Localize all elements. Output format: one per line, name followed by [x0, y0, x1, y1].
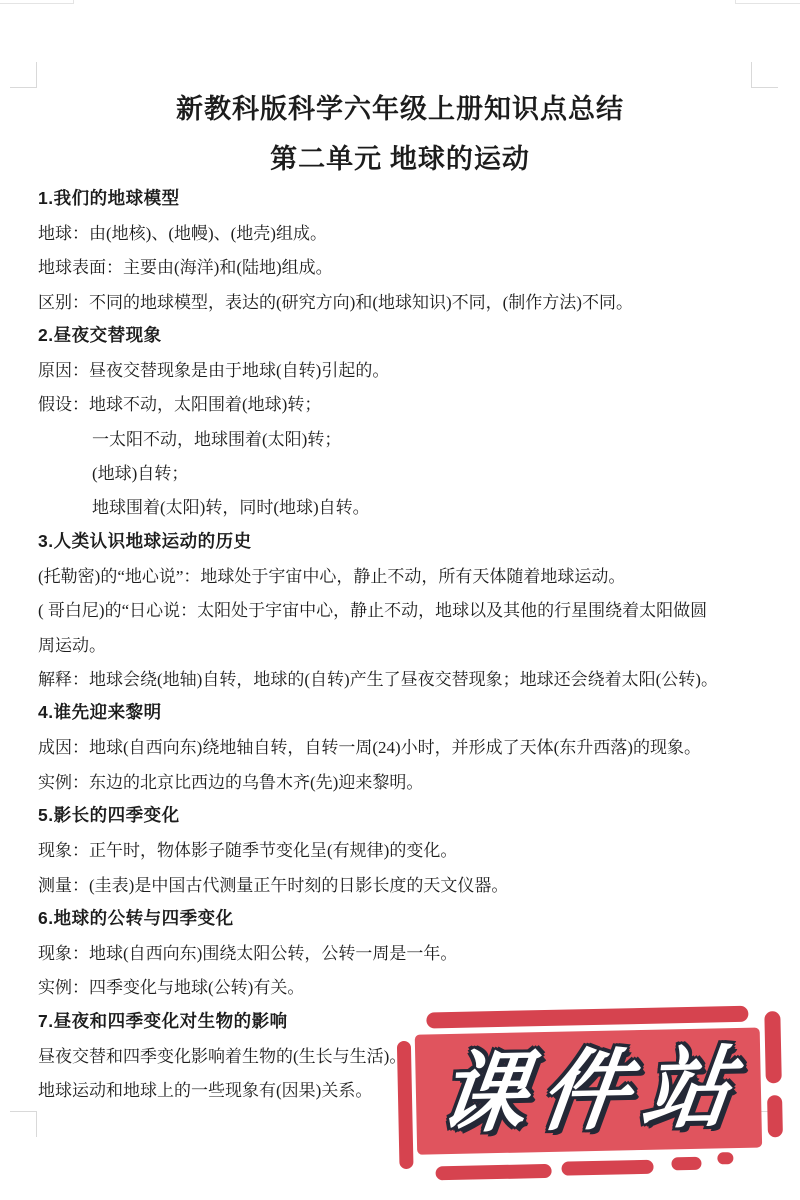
body-line: 实例：四季变化与地球(公转)有关。	[38, 969, 794, 1003]
stamp-border-right	[764, 1011, 782, 1083]
body-line: 地球围着(太阳)转，同时(地球)自转。	[38, 489, 794, 523]
stamp-text: 课件站	[415, 1029, 769, 1152]
body-line: 测量：(圭表)是中国古代测量正午时刻的日影长度的天文仪器。	[38, 866, 794, 900]
stamp-border-left	[397, 1041, 414, 1169]
body-line: 地球表面：主要由(海洋)和(陆地)组成。	[38, 249, 794, 283]
section-heading: 2.昼夜交替现象	[38, 317, 794, 351]
unit-subtitle: 第二单元 地球的运动	[0, 134, 800, 184]
section-heading: 5.影长的四季变化	[38, 797, 794, 831]
stamp-border-bottom	[561, 1160, 653, 1176]
stamp-border-bottom	[435, 1164, 551, 1180]
document-page: 新教科版科学六年级上册知识点总结 第二单元 地球的运动 1.我们的地球模型地球：…	[0, 0, 800, 1200]
body-line: 成因：地球(自西向东)绕地轴自转，自转一周(24)小时，并形成了天体(东升西落)…	[38, 729, 794, 763]
kejianzhan-stamp: 课件站	[396, 999, 792, 1189]
body-line: 实例：东边的北京比西边的乌鲁木齐(先)迎来黎明。	[38, 763, 794, 797]
text-boundary-mark-bottom-left	[36, 1111, 37, 1137]
body-line: (托勒密)的“地心说”：地球处于宇宙中心，静止不动，所有天体随着地球运动。	[38, 557, 794, 591]
body-line: 解释：地球会绕(地轴)自转，地球的(自转)产生了昼夜交替现象；地球还会绕着太阳(…	[38, 660, 794, 694]
text-boundary-mark-bottom-left	[10, 1111, 37, 1112]
section-heading: 3.人类认识地球运动的历史	[38, 523, 794, 557]
section-heading: 1.我们的地球模型	[38, 180, 794, 214]
page-edge-artifact	[735, 0, 736, 4]
body-line: (地球)自转；	[38, 454, 794, 488]
body-line: ( 哥白尼)的“日心说：太阳处于宇宙中心，静止不动，地球以及其他的行星围绕着太阳…	[38, 592, 794, 626]
section-heading: 4.谁先迎来黎明	[38, 694, 794, 728]
body-line: 现象：正午时，物体影子随季节变化呈(有规律)的变化。	[38, 832, 794, 866]
body-line: 周运动。	[38, 626, 794, 660]
body-line: 假设：地球不动，太阳围着(地球)转；	[38, 386, 794, 420]
section-heading: 6.地球的公转与四季变化	[38, 900, 794, 934]
stamp-border-bottom	[671, 1157, 701, 1171]
body-line: 现象：地球(自西向东)围绕太阳公转，公转一周是一年。	[38, 935, 794, 969]
body-line: 原因：昼夜交替现象是由于地球(自转)引起的。	[38, 351, 794, 385]
stamp-border-bottom	[717, 1152, 733, 1164]
page-edge-artifact	[0, 3, 73, 4]
stamp-border-right	[767, 1095, 783, 1137]
page-title: 新教科版科学六年级上册知识点总结	[0, 84, 800, 134]
page-edge-artifact	[735, 3, 800, 4]
page-edge-artifact	[73, 0, 74, 4]
body-line: 地球：由(地核)、(地幔)、(地壳)组成。	[38, 214, 794, 248]
title-block: 新教科版科学六年级上册知识点总结 第二单元 地球的运动	[0, 84, 800, 184]
body-line: 一太阳不动，地球围着(太阳)转；	[38, 420, 794, 454]
body-line: 区别：不同的地球模型，表达的(研究方向)和(地球知识)不同，(制作方法)不同。	[38, 283, 794, 317]
stamp-border-top	[426, 1006, 748, 1029]
document-body: 1.我们的地球模型地球：由(地核)、(地幔)、(地壳)组成。地球表面：主要由(海…	[38, 180, 794, 1106]
